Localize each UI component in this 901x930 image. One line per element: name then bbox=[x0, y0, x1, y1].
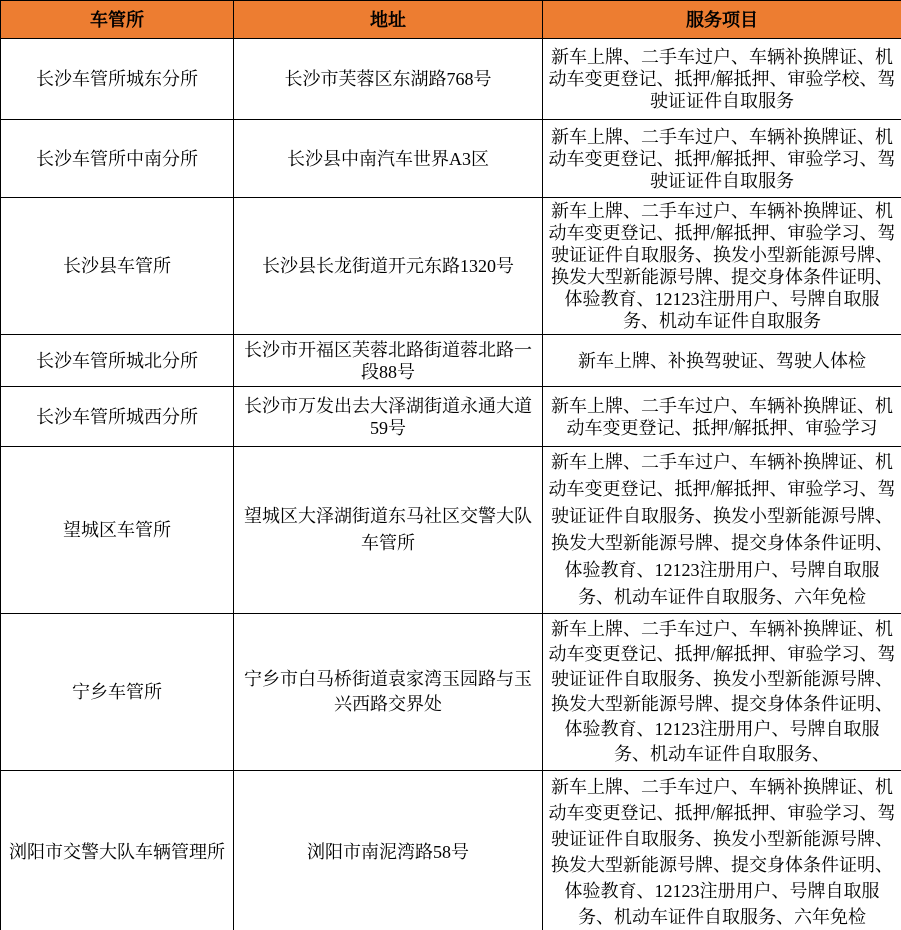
office-cell: 望城区车管所 bbox=[1, 447, 234, 614]
address-cell: 望城区大泽湖街道东马社区交警大队车管所 bbox=[234, 447, 543, 614]
office-cell: 浏阳市交警大队车辆管理所 bbox=[1, 771, 234, 930]
table-row: 望城区车管所 望城区大泽湖街道东马社区交警大队车管所 新车上牌、二手车过户、车辆… bbox=[1, 447, 901, 614]
services-cell: 新车上牌、补换驾驶证、驾驶人体检 bbox=[543, 335, 901, 387]
address-cell: 长沙县中南汽车世界A3区 bbox=[234, 120, 543, 198]
table-row: 长沙车管所城东分所 长沙市芙蓉区东湖路768号 新车上牌、二手车过户、车辆补换牌… bbox=[1, 39, 901, 120]
office-table-page: 车管所 地址 服务项目 长沙车管所城东分所 长沙市芙蓉区东湖路768号 新车上牌… bbox=[0, 0, 901, 930]
office-cell: 宁乡车管所 bbox=[1, 614, 234, 771]
services-cell: 新车上牌、二手车过户、车辆补换牌证、机动车变更登记、抵押/解抵押、审验学习、驾驶… bbox=[543, 447, 901, 614]
table-row: 长沙车管所城西分所 长沙市万发出去大泽湖街道永通大道59号 新车上牌、二手车过户… bbox=[1, 387, 901, 447]
table-row: 长沙车管所城北分所 长沙市开福区芙蓉北路街道蓉北路一段88号 新车上牌、补换驾驶… bbox=[1, 335, 901, 387]
services-cell: 新车上牌、二手车过户、车辆补换牌证、机动车变更登记、抵押/解抵押、审验学习 bbox=[543, 387, 901, 447]
table-row: 宁乡车管所 宁乡市白马桥街道袁家湾玉园路与玉兴西路交界处 新车上牌、二手车过户、… bbox=[1, 614, 901, 771]
office-cell: 长沙车管所城东分所 bbox=[1, 39, 234, 120]
office-cell: 长沙车管所城西分所 bbox=[1, 387, 234, 447]
services-cell: 新车上牌、二手车过户、车辆补换牌证、机动车变更登记、抵押/解抵押、审验学习、驾驶… bbox=[543, 198, 901, 335]
address-cell: 宁乡市白马桥街道袁家湾玉园路与玉兴西路交界处 bbox=[234, 614, 543, 771]
address-cell: 长沙市万发出去大泽湖街道永通大道59号 bbox=[234, 387, 543, 447]
table-row: 浏阳市交警大队车辆管理所 浏阳市南泥湾路58号 新车上牌、二手车过户、车辆补换牌… bbox=[1, 771, 901, 930]
table-row: 长沙车管所中南分所 长沙县中南汽车世界A3区 新车上牌、二手车过户、车辆补换牌证… bbox=[1, 120, 901, 198]
office-cell: 长沙车管所城北分所 bbox=[1, 335, 234, 387]
services-cell: 新车上牌、二手车过户、车辆补换牌证、机动车变更登记、抵押/解抵押、审验学校、驾驶… bbox=[543, 39, 901, 120]
header-cell-address: 地址 bbox=[234, 1, 543, 39]
table-row: 长沙县车管所 长沙县长龙街道开元东路1320号 新车上牌、二手车过户、车辆补换牌… bbox=[1, 198, 901, 335]
address-cell: 长沙市开福区芙蓉北路街道蓉北路一段88号 bbox=[234, 335, 543, 387]
office-cell: 长沙县车管所 bbox=[1, 198, 234, 335]
office-cell: 长沙车管所中南分所 bbox=[1, 120, 234, 198]
header-row: 车管所 地址 服务项目 bbox=[1, 1, 901, 39]
services-cell: 新车上牌、二手车过户、车辆补换牌证、机动车变更登记、抵押/解抵押、审验学习、驾驶… bbox=[543, 614, 901, 771]
services-cell: 新车上牌、二手车过户、车辆补换牌证、机动车变更登记、抵押/解抵押、审验学习、驾驶… bbox=[543, 120, 901, 198]
header-cell-services: 服务项目 bbox=[543, 1, 901, 39]
services-cell: 新车上牌、二手车过户、车辆补换牌证、机动车变更登记、抵押/解抵押、审验学习、驾驶… bbox=[543, 771, 901, 930]
address-cell: 浏阳市南泥湾路58号 bbox=[234, 771, 543, 930]
address-cell: 长沙县长龙街道开元东路1320号 bbox=[234, 198, 543, 335]
address-cell: 长沙市芙蓉区东湖路768号 bbox=[234, 39, 543, 120]
vehicle-office-table: 车管所 地址 服务项目 长沙车管所城东分所 长沙市芙蓉区东湖路768号 新车上牌… bbox=[0, 0, 901, 930]
header-cell-office: 车管所 bbox=[1, 1, 234, 39]
